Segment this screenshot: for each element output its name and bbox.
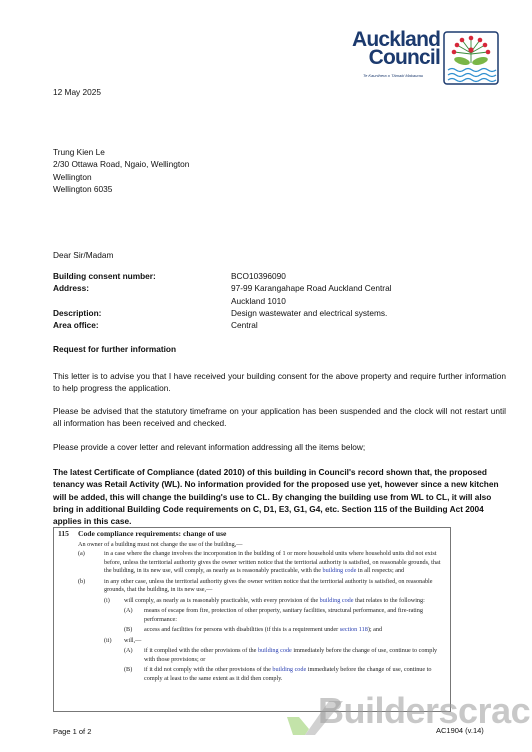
legislation-excerpt: 115Code compliance requirements: change … <box>53 527 451 712</box>
paragraph-item-change-of-use: The latest Certificate of Compliance (da… <box>53 466 508 527</box>
letter-date: 12 May 2025 <box>53 87 101 97</box>
detail-row-description: Description: Design wastewater and elect… <box>53 307 503 319</box>
detail-row-area-office: Area office: Central <box>53 319 503 331</box>
clause-b-ii-A: (A) if it complied with the other provis… <box>124 647 446 664</box>
clause-label: (B) <box>124 666 144 683</box>
clause-b: (b) in any other case, unless the territ… <box>78 578 446 595</box>
clause-label: (B) <box>124 626 144 635</box>
building-code-link[interactable]: building code <box>272 666 306 673</box>
clause-b-i-B: (B) access and facilities for persons wi… <box>124 626 446 635</box>
clause-text: will,— <box>124 637 141 646</box>
consent-details: Building consent number: BCO10396090 Add… <box>53 270 503 331</box>
clause-text: means of escape from fire, protection of… <box>144 607 446 624</box>
auckland-council-logo: Auckland Council <box>352 31 440 67</box>
clause-text: access and facilities for persons with d… <box>144 626 340 633</box>
clause-b-ii: (ii) will,— <box>104 637 446 646</box>
detail-value: BCO10396090 <box>231 270 503 282</box>
clause-text: if it did not comply with the other prov… <box>144 666 272 673</box>
recipient-address: Trung Kien Le 2/30 Ottawa Road, Ngaio, W… <box>53 146 189 195</box>
recipient-city: Wellington <box>53 171 189 183</box>
detail-label: Address: <box>53 282 231 307</box>
paragraph-request: Please provide a cover letter and releva… <box>53 441 506 453</box>
detail-label: Area office: <box>53 319 231 331</box>
logo-tagline: Te Kaunihera o Tāmaki Makaurau <box>363 73 423 78</box>
paragraph-intro: This letter is to advise you that I have… <box>53 370 506 395</box>
section-number: 115 <box>58 529 78 538</box>
clause-text: in all respects; and <box>356 567 404 574</box>
detail-value: Design wastewater and electrical systems… <box>231 307 503 319</box>
clause-label: (A) <box>124 647 144 664</box>
paragraph-timeframe: Please be advised that the statutory tim… <box>53 405 506 430</box>
detail-row-address: Address: 97-99 Karangahape Road Auckland… <box>53 282 503 307</box>
clause-label: (i) <box>104 597 124 606</box>
clause-a: (a) in a case where the change involves … <box>78 550 446 576</box>
pohutukawa-flower-icon <box>443 31 499 85</box>
detail-row-consent-number: Building consent number: BCO10396090 <box>53 270 503 282</box>
clause-b-ii-B: (B) if it did not comply with the other … <box>124 666 446 683</box>
recipient-name: Trung Kien Le <box>53 146 189 158</box>
builderscrack-watermark: Builderscrack <box>318 690 532 732</box>
section-heading: Request for further information <box>53 344 176 354</box>
section-title: Code compliance requirements: change of … <box>78 529 226 538</box>
clause-text: ); and <box>368 626 382 633</box>
section-118-link[interactable]: section 118 <box>340 626 368 633</box>
clause-text: if it complied with the other provisions… <box>144 647 258 654</box>
building-code-link[interactable]: building code <box>320 597 354 604</box>
clause-label: (a) <box>78 550 104 576</box>
clause-label: (b) <box>78 578 104 595</box>
clause-label: (A) <box>124 607 144 624</box>
form-code: AC1904 (v.14) <box>436 726 484 735</box>
clause-text: that relates to the following: <box>354 597 425 604</box>
clause-text: will comply, as nearly as is reasonably … <box>124 597 320 604</box>
detail-label: Description: <box>53 307 231 319</box>
detail-label: Building consent number: <box>53 270 231 282</box>
building-code-link[interactable]: building code <box>258 647 292 654</box>
excerpt-title: 115Code compliance requirements: change … <box>58 529 446 538</box>
clause-b-i-A: (A) means of escape from fire, protectio… <box>124 607 446 624</box>
detail-value: Central <box>231 319 503 331</box>
detail-value: 97-99 Karangahape Road Auckland Central <box>231 282 503 294</box>
salutation: Dear Sir/Madam <box>53 250 113 260</box>
page-number: Page 1 of 2 <box>53 727 91 736</box>
detail-value: Auckland 1010 <box>231 295 503 307</box>
clause-label: (ii) <box>104 637 124 646</box>
clause-text: in any other case, unless the territoria… <box>104 578 446 595</box>
recipient-city-postcode: Wellington 6035 <box>53 183 189 195</box>
excerpt-lead: An owner of a building must not change t… <box>78 541 446 548</box>
recipient-street: 2/30 Ottawa Road, Ngaio, Wellington <box>53 158 189 170</box>
building-code-link[interactable]: building code <box>323 567 357 574</box>
clause-b-i: (i) will comply, as nearly as is reasona… <box>104 597 446 606</box>
logo-line-2: Council <box>352 49 440 67</box>
